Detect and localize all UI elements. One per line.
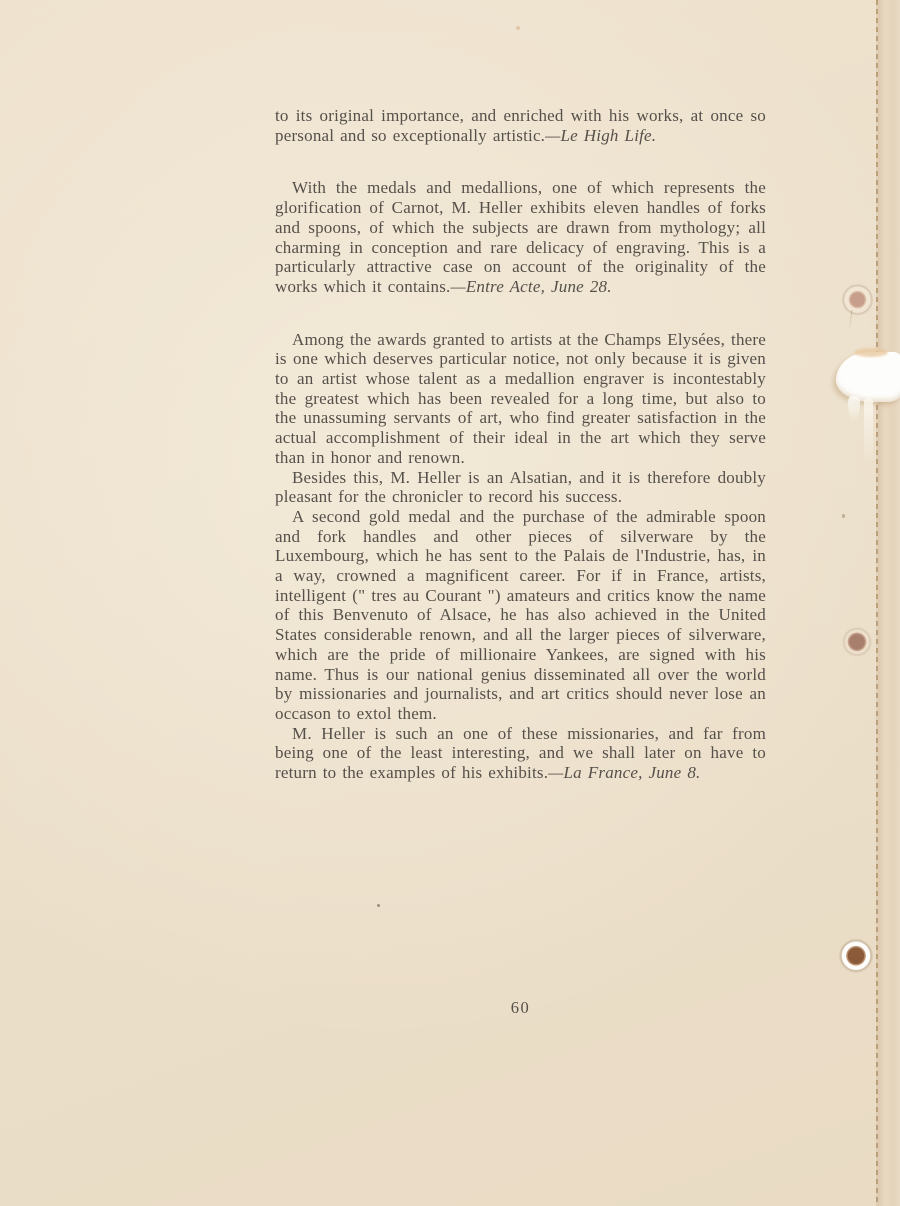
citation: —Entre Acte, June 28. (451, 277, 612, 296)
paragraph-text: Among the awards granted to artists at t… (275, 330, 766, 467)
page-number: 60 (275, 998, 766, 1018)
paragraph-text: to its original importance, and enriched… (275, 106, 766, 145)
paragraph: M. Heller is such an one of these missio… (275, 724, 766, 783)
binding-hole-middle (841, 626, 873, 659)
torn-paper-patch (836, 352, 900, 402)
foxing-speck (842, 514, 845, 518)
paragraph: Among the awards granted to artists at t… (275, 330, 766, 468)
paragraph: Besides this, M. Heller is an Alsatian, … (275, 468, 766, 507)
citation: —La France, June 8. (548, 763, 700, 782)
text-block: to its original importance, and enriched… (275, 106, 766, 783)
citation: —Le High Life. (545, 126, 656, 145)
binding-hole-top (841, 284, 874, 318)
next-page-edge (878, 0, 900, 1206)
paragraph-text: A second gold medal and the purchase of … (275, 507, 766, 723)
book-page: to its original importance, and enriched… (0, 0, 900, 1206)
binding-hole-bottom (838, 938, 874, 975)
paragraph: With the medals and medallions, one of w… (275, 178, 766, 296)
paragraph: A second gold medal and the purchase of … (275, 507, 766, 724)
foxing-speck (516, 26, 520, 30)
paper-drip-streak (864, 398, 873, 464)
foxing-speck (377, 904, 380, 907)
paragraph-text: Besides this, M. Heller is an Alsatian, … (275, 468, 766, 507)
paragraph: to its original importance, and enriched… (275, 106, 766, 145)
